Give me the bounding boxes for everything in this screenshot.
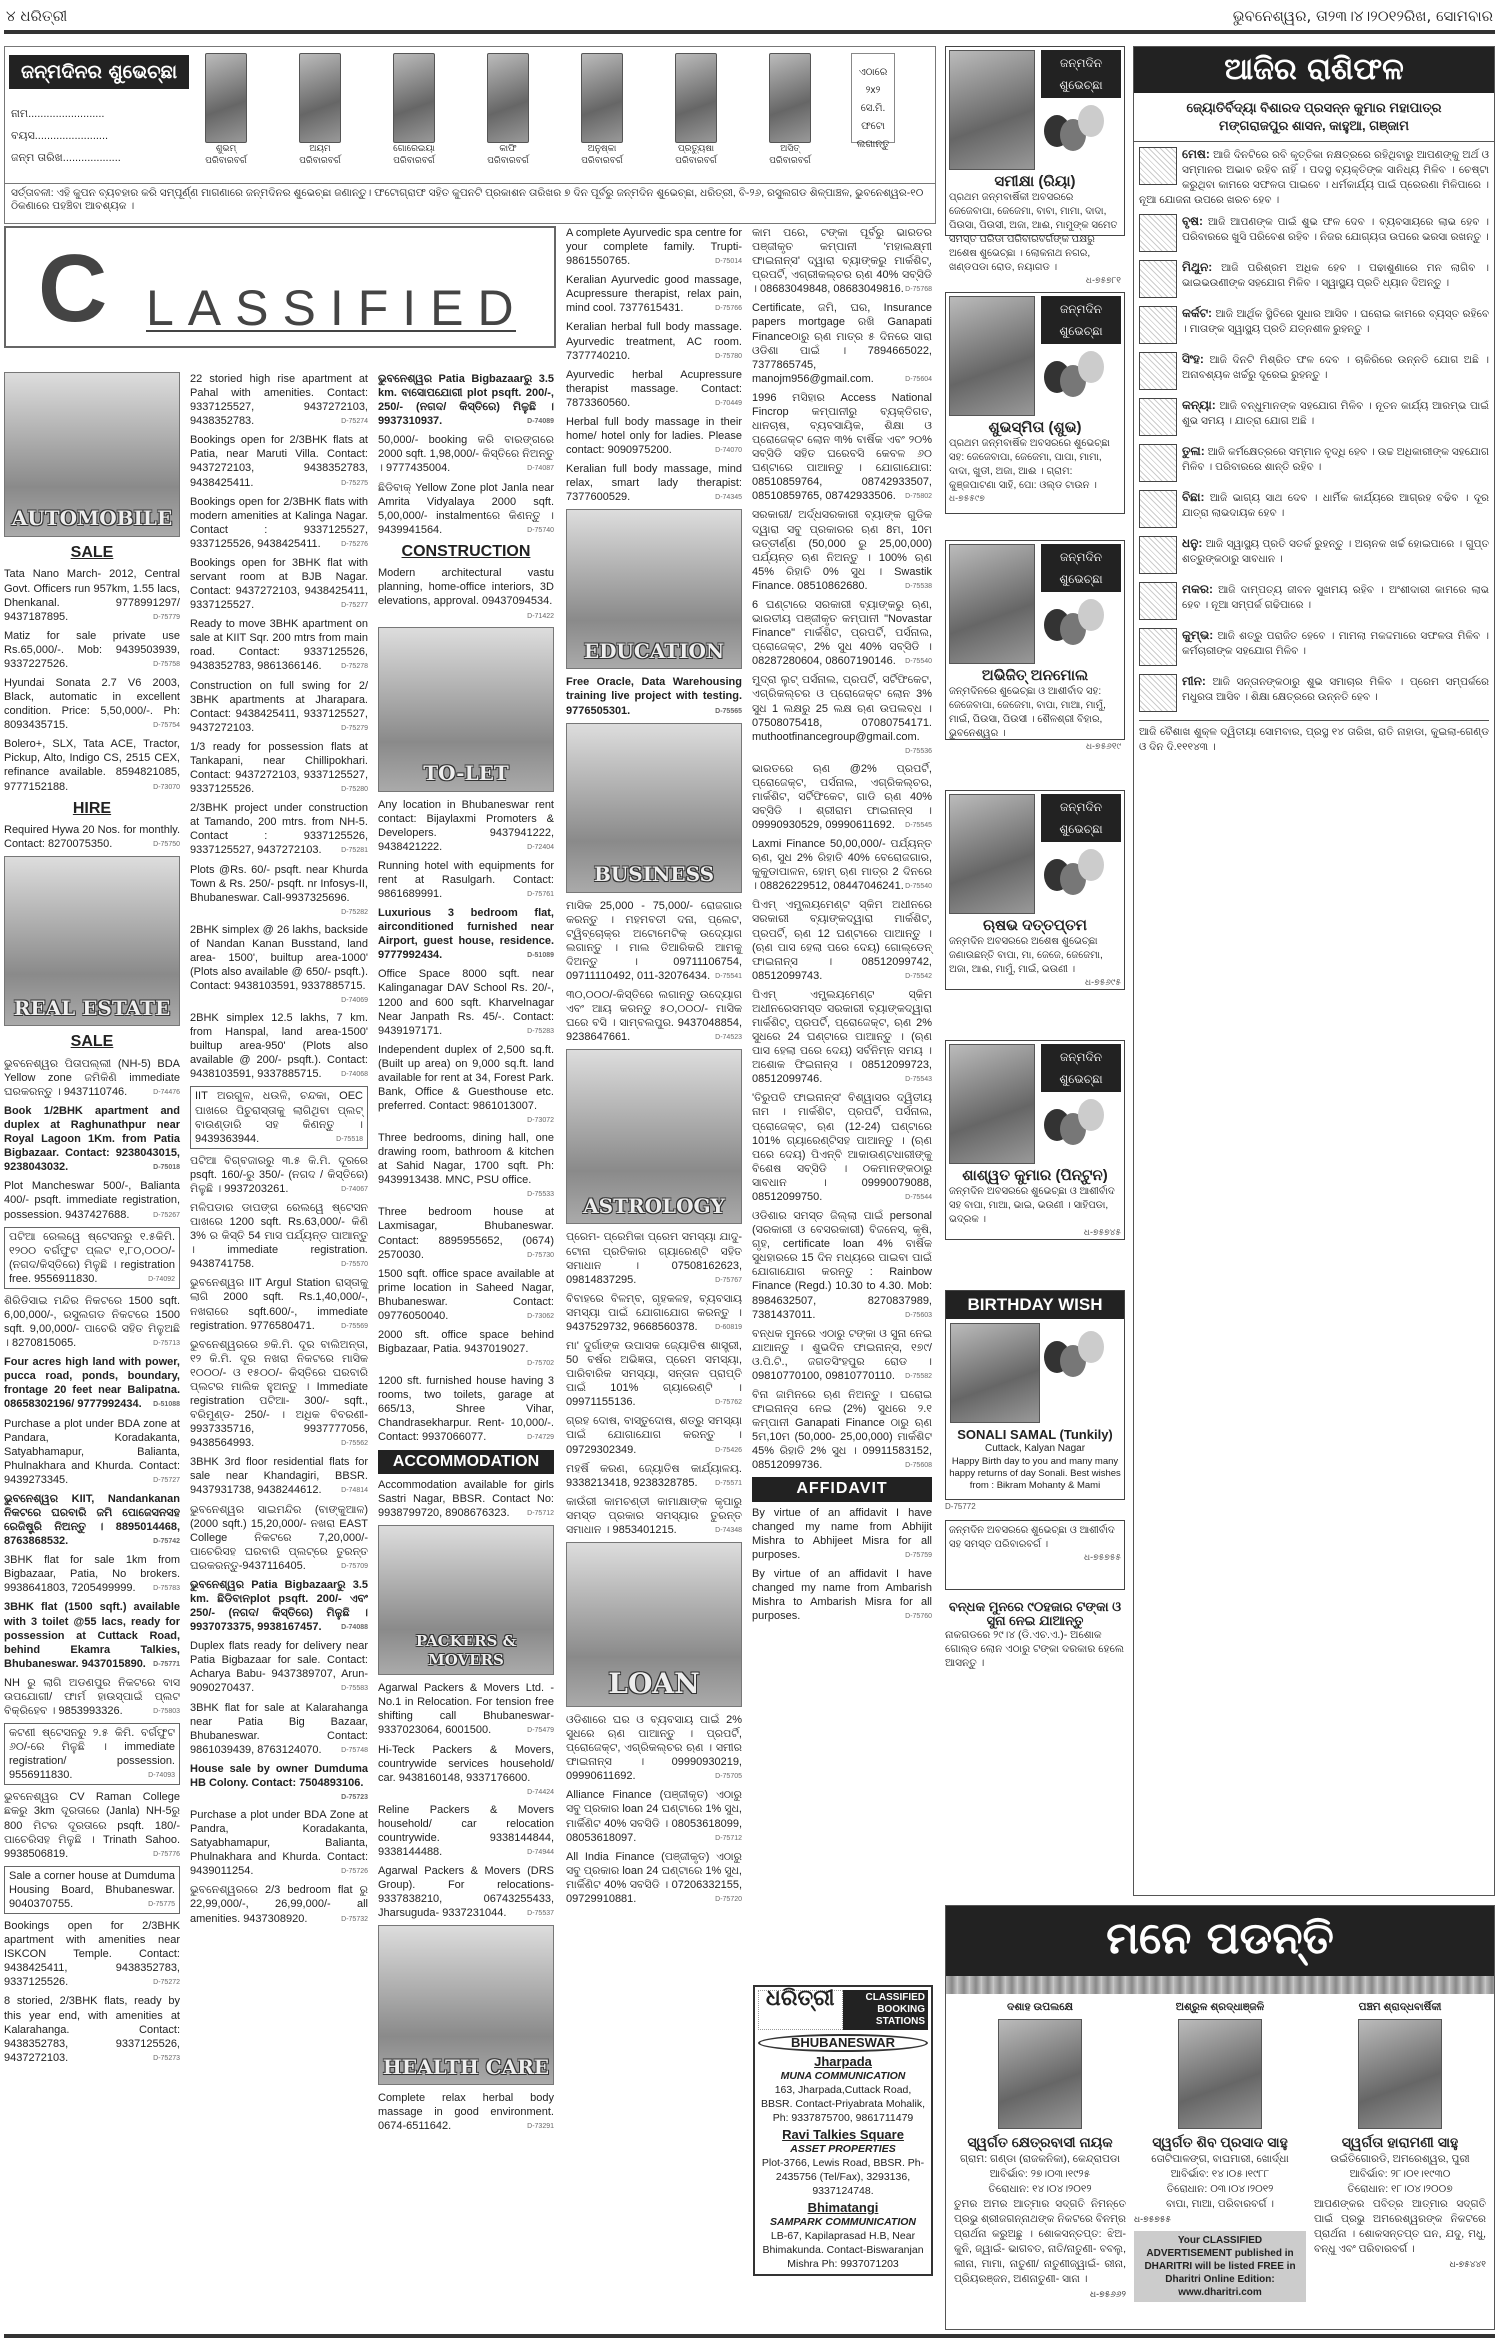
packers-movers-banner: PACKERS & MOVERS bbox=[378, 1525, 554, 1675]
zodiac-sign-icon bbox=[1139, 674, 1177, 712]
classified-ad: Matiz for sale private use Rs.65,000/-. … bbox=[4, 629, 180, 671]
classified-ad: 3BHK flat for sale 1km from Bigbazaar, P… bbox=[4, 1553, 180, 1595]
column-1: AUTOMOBILE SALE Tata Nano March- 2012, C… bbox=[4, 372, 180, 2070]
ad-code: D-51089 bbox=[527, 952, 554, 961]
classified-ad: ୩୦,୦୦୦/-କିସ୍ତିରେ ଲଗାନ୍ତୁ ଉଦ୍ୟୋଗ ଏବଂ ଆୟ କ… bbox=[566, 988, 742, 1044]
classified-ad: Required Hywa 20 Nos. for monthly. Conta… bbox=[4, 823, 180, 851]
classified-ad: Modern architectural vastu planning, hom… bbox=[378, 566, 554, 621]
portrait-photo bbox=[998, 2019, 1082, 2129]
photo-slot: ଏଠାରେ ୨x୨ ସେ.ମି. ଫଟୋ ଲଗାନ୍ତୁ bbox=[851, 53, 895, 143]
ad-code: D-75543 bbox=[905, 1076, 932, 1085]
classified-ad: 3BHK flat (1500 sqft.) available with 3 … bbox=[4, 1600, 180, 1670]
ad-code: D-75018 bbox=[153, 1164, 180, 1173]
classified-ad: ମାସିକ 25,000 - 75,000/- ରୋଜଗାର କରନ୍ତୁ । … bbox=[566, 899, 742, 983]
ad-text: ମା' ଦୁର୍ଗାଙ୍କ ଉପାସକ ଜ୍ୟୋତିଷ ଶାସ୍ତ୍ରୀ, 50… bbox=[566, 1340, 742, 1408]
ad-code: D-75275 bbox=[341, 480, 368, 489]
ad-code: D-75562 bbox=[341, 1440, 368, 1449]
zodiac-sign-icon bbox=[1139, 490, 1177, 528]
ad-text: 2BHK simplex @ 26 lakhs, backside of Nan… bbox=[190, 924, 368, 992]
classified-ad: Bolero+, SLX, Tata ACE, Tractor, Pickup,… bbox=[4, 737, 180, 793]
ad-code: D-74944 bbox=[527, 1849, 554, 1858]
ad-text: ମାସିକ 25,000 - 75,000/- ରୋଜଗାର କରନ୍ତୁ । … bbox=[566, 900, 742, 982]
ad-text: 'ତିରୁପତି ଫାଇନାନ୍ସ' ବିଶ୍ୱାସର ଦ୍ୱିତୀୟ ନାମ … bbox=[752, 1092, 932, 1203]
ad-code: D-75545 bbox=[905, 822, 932, 831]
birthday-wish-card: ଜନ୍ମଦିନ ଶୁଭେଚ୍ଛା ଋଷଭ ଦତ୍ତପ୍ତମ ଜନ୍ମଦିନ ଅବ… bbox=[945, 790, 1125, 990]
ad-code: D-75776 bbox=[153, 1851, 180, 1860]
section-heading: SALE bbox=[4, 543, 180, 563]
classified-ad: ଭୁବନେଶ୍ୱର Patia Bigbazaarରୁ 3.5 km. ବାସୋ… bbox=[378, 372, 554, 428]
ad-text: Purchase a plot under BDA Zone at Pandra… bbox=[190, 1809, 368, 1877]
classified-ad: 3BHK flat for sale at Kalarahanga near P… bbox=[190, 1701, 368, 1757]
classified-ad: ପଟିଆ ବିଗ୍‌ବଜାରରୁ ୩.୫ କି.ମି. ଦୂରରେ psqft.… bbox=[190, 1154, 368, 1196]
classified-ad: ଭୁବନେଶ୍ୱର ସାଇମନ୍ଦିର (ବାଙ୍କୁଆଳ) (2000 sqf… bbox=[190, 1503, 368, 1573]
classified-ad: House sale by owner Dumduma HB Colony. C… bbox=[190, 1762, 368, 1803]
ad-text: House sale by owner Dumduma HB Colony. C… bbox=[190, 1763, 368, 1789]
ad-code: D-75726 bbox=[341, 1868, 368, 1877]
classified-ad: ପଟିଆ ରେଲୱେ ଷ୍ଟେସନରୁ ୧.୫କିମି. ୧୨୦୦ ବର୍ଗଫୁ… bbox=[4, 1227, 180, 1289]
ad-text: 8 storied, 2/3BHK flats, ready by this y… bbox=[4, 1995, 180, 2063]
classified-ad: Plots @Rs. 60/- psqft. near Khurda Town … bbox=[190, 863, 368, 918]
ad-text: ଓଡିଶାର ସମସ୍ତ ଜିଲ୍ଲା ପାଇଁ personal (ସରକାର… bbox=[752, 1210, 932, 1321]
classified-ad: 1200 sft. furnished house having 3 rooms… bbox=[378, 1374, 554, 1444]
ad-code: D-73072 bbox=[527, 1117, 554, 1126]
ad-code: D-75274 bbox=[341, 418, 368, 427]
zodiac-entry: କନ୍ୟା: ଆଜି ବନ୍ଧୁମାନଙ୍କ ସହଯୋଗ ମିଳିବ । ନୂତ… bbox=[1139, 398, 1489, 438]
dateline: ଭୁବନେଶ୍ୱର, ତା୨୩।୪।୨୦୧୨ରିଖ, ସୋମବାର bbox=[1233, 7, 1493, 26]
classified-ad: ପ୍ରେମ- ପ୍ରେମିକା ପ୍ରେମ ସମସ୍ୟା ଯାଦୁ-ଟୋନା ପ… bbox=[566, 1230, 742, 1286]
zodiac-entry: ମକର: ଆଜି ଦାମ୍ପତ୍ୟ ଜୀବନ ସୁଖମୟ ରହିବ । ଅଂଶୀ… bbox=[1139, 582, 1489, 622]
ad-code: D-75281 bbox=[341, 847, 368, 856]
classified-ad: 1/3 ready for possession flats at Tankap… bbox=[190, 740, 368, 796]
ad-code: D-75533 bbox=[527, 1191, 554, 1200]
ad-text: ଭାରତରେ ଋଣ @2% ପ୍ରପର୍ଟି, ପ୍ରୋଜେକ୍ଟ, ପର୍ସନ… bbox=[752, 763, 932, 831]
ad-code: D-60819 bbox=[715, 1324, 742, 1333]
ad-code: D-75754 bbox=[153, 722, 180, 731]
zodiac-sign-icon bbox=[1139, 260, 1177, 298]
section-heading: HIRE bbox=[4, 799, 180, 819]
ad-code: D-75761 bbox=[527, 891, 554, 900]
classified-ad: Keralian full body massage, mind relax, … bbox=[566, 462, 742, 504]
ad-code: D-75768 bbox=[905, 286, 932, 295]
classified-ad: ଓଡିଶାର ସମସ୍ତ ଜିଲ୍ଲା ପାଇଁ personal (ସରକାର… bbox=[752, 1209, 932, 1322]
classified-ad: ଓଡିଶାରେ ଘର ଓ ବ୍ୟବସାୟ ପାଇଁ 2% ସୁଧରେ ଋଣ ପା… bbox=[566, 1713, 742, 1783]
ad-code: D-75583 bbox=[341, 1685, 368, 1694]
zodiac-entry: ସିଂହ: ଆଜି ଦିନଟି ମିଶ୍ରିତ ଫଳ ଦେବ । ଚାକିରିର… bbox=[1139, 352, 1489, 392]
section-heading: SALE bbox=[4, 1032, 180, 1052]
ad-text: 1200 sft. furnished house having 3 rooms… bbox=[378, 1375, 554, 1443]
column-3: ଭୁବନେଶ୍ୱର Patia Bigbazaarରୁ 3.5 km. ବାସୋ… bbox=[378, 372, 554, 2139]
ad-code: D-70449 bbox=[715, 400, 742, 409]
classified-ad: ଭୁବନେଶ୍ୱର KIIT, Nandankanan ନିକଟରେ ଘରବାର… bbox=[4, 1492, 180, 1548]
ad-code: D-74068 bbox=[341, 1071, 368, 1080]
ad-code: D-74345 bbox=[715, 494, 742, 503]
ad-code: D-75762 bbox=[715, 1399, 742, 1408]
child-photo bbox=[949, 544, 1035, 664]
ad-text: Certificate, ଜମି, ଘର, Insurance papers m… bbox=[752, 302, 932, 384]
kid-photo bbox=[581, 53, 623, 143]
ad-text: କାମ ପରେ, ଟଙ୍କା ପୂର୍ବରୁ ଭାରତର ପଞ୍ଜୀକୃତ କମ… bbox=[752, 227, 932, 295]
ad-code: D-75571 bbox=[715, 1480, 742, 1489]
ad-code: D-75518 bbox=[336, 1136, 363, 1145]
classified-ad: Free Oracle, Data Warehousing training l… bbox=[566, 675, 742, 717]
classified-ad: Three bedroom house at Laxmisagar, Bhuba… bbox=[378, 1205, 554, 1261]
coupon-dob-field[interactable]: ଜନ୍ମ ତାରିଖ................... bbox=[11, 147, 191, 169]
ad-code: D-75702 bbox=[527, 1360, 554, 1369]
classified-ad: ମଳିପଡାର ଡାପଙ୍ଗ ରେଲୱେ ଷ୍ଟେସନ ପାଖରେ 1200 s… bbox=[190, 1201, 368, 1271]
classified-ad: Sale a corner house at Dumduma Housing B… bbox=[4, 1866, 180, 1914]
obituary-entry: ଦଶାହ ଉପଲକ୍ଷେ ସ୍ୱର୍ଗତ କ୍ଷେତ୍ରବାସୀ ନାୟକ ଗ୍… bbox=[950, 2000, 1130, 2302]
ad-text: 6 ଘଣ୍ଟାରେ ସରକାରୀ ବ୍ୟାଙ୍କରୁ ଋଣ, ଭାରତୀୟ ପଞ… bbox=[752, 599, 932, 667]
ad-code: D-75479 bbox=[527, 1727, 554, 1736]
balloons-icon bbox=[1044, 1331, 1110, 1391]
ad-code: D-75540 bbox=[905, 883, 932, 892]
birthday-wish-card: ଜନ୍ମଦିନ ଶୁଭେଚ୍ଛା ଶାଶ୍ୱତ କୁମାର (ପିନ୍ଟୁନ) … bbox=[945, 1040, 1125, 1240]
ad-code: D-75426 bbox=[715, 1447, 742, 1456]
ad-text: ଭୁବନେଶ୍ୱରରେ ୭କି.ମି. ଦୂର ବାଲିଅନ୍ତା, ୧୨ କି… bbox=[190, 1339, 368, 1450]
kid-card: ଅୟମପରିବାରବର୍ଗ bbox=[299, 53, 341, 166]
ad-text: Three bedrooms, dining hall, one drawing… bbox=[378, 1132, 554, 1186]
child-photo bbox=[949, 1044, 1035, 1164]
column-5: କାମ ପରେ, ଟଙ୍କା ପୂର୍ବରୁ ଭାରତର ପଞ୍ଜୀକୃତ କମ… bbox=[752, 226, 932, 1629]
zodiac-entry: ବିଛା: ଆଜି ଭାଗ୍ୟ ସାଥ ଦେବ । ଧାର୍ମିକ କାର୍ଯ୍… bbox=[1139, 490, 1489, 530]
coupon-name-field[interactable]: ନାମ......................... bbox=[11, 103, 191, 125]
ad-text: ଓଡିଶାରେ ଘର ଓ ବ୍ୟବସାୟ ପାଇଁ 2% ସୁଧରେ ଋଣ ପା… bbox=[566, 1714, 742, 1782]
classified-ad: Luxurious 3 bedroom flat, airconditioned… bbox=[378, 906, 554, 962]
ad-code: D-75542 bbox=[905, 973, 932, 982]
page-header: ୪ ଧରିତ୍ରୀ ଭୁବନେଶ୍ୱର, ତା୨୩।୪।୨୦୧୨ରିଖ, ସୋମ… bbox=[6, 4, 1493, 26]
city-label: BHUBANESWAR bbox=[758, 2034, 928, 2052]
balloons-icon bbox=[1044, 351, 1110, 411]
ad-text: 1996 ମସିହାର Access National Fincrop କମ୍ପ… bbox=[752, 392, 932, 503]
ad-code: D-74729 bbox=[527, 1434, 554, 1443]
coupon-age-field[interactable]: ବୟସ........................ bbox=[11, 125, 191, 147]
ad-code: D-75540 bbox=[905, 658, 932, 667]
ad-code: D-74067 bbox=[341, 1186, 368, 1195]
classified-ad: 50,000/- booking କରି ବାରଙ୍ଗରେ 2000 sqft.… bbox=[378, 433, 554, 475]
zodiac-sign-icon bbox=[1139, 306, 1177, 344]
classified-ad: Independent duplex of 2,500 sq.ft. (Buil… bbox=[378, 1043, 554, 1126]
ad-code: D-74424 bbox=[527, 1789, 554, 1798]
classified-ad: Office Space 8000 sqft. near Kalinganaga… bbox=[378, 967, 554, 1037]
balloons-icon bbox=[1044, 849, 1110, 909]
header-rule bbox=[4, 30, 1495, 34]
child-photo bbox=[949, 50, 1035, 170]
classified-ad: ଭୁବନେଶ୍ୱର ପିତାପଲ୍ଲୀ (NH-5) BDA Yellow zo… bbox=[4, 1057, 180, 1099]
classified-ad: Herbal full body massage in their home/ … bbox=[566, 415, 742, 457]
ad-text: ମଳିପଡାର ଡାପଙ୍ଗ ରେଲୱେ ଷ୍ଟେସନ ପାଖରେ 1200 s… bbox=[190, 1202, 368, 1270]
classified-ad: By virtue of an affidavit I have changed… bbox=[752, 1506, 932, 1562]
real-estate-banner: REAL ESTATE bbox=[4, 856, 180, 1026]
kid-photo bbox=[675, 53, 717, 143]
ad-text: ଭୁବନେଶ୍ୱର CV Raman College ଛକରୁ 3km ଦୂରତ… bbox=[4, 1791, 180, 1859]
ad-code: D-73062 bbox=[527, 1313, 554, 1322]
health-care-banner: HEALTH CARE bbox=[378, 1925, 554, 2085]
ad-code: D-73070 bbox=[153, 784, 180, 793]
classified-ad: ଶିରିଡିସାଇ ମନ୍ଦିର ନିକଟରେ 1500 sqft. 6,00,… bbox=[4, 1294, 180, 1350]
ad-code: D-71422 bbox=[527, 613, 554, 622]
ad-code: D-75014 bbox=[715, 258, 742, 267]
ad-code: D-75283 bbox=[527, 1028, 554, 1037]
portrait-photo bbox=[1178, 2019, 1262, 2129]
ad-text: Purchase a plot under BDA zone at Pandar… bbox=[4, 1418, 180, 1486]
birthday-coupon: ଜନ୍ମଦିନର ଶୁଭେଚ୍ଛା ନାମ...................… bbox=[4, 46, 936, 224]
ad-code: D-75608 bbox=[905, 1462, 932, 1471]
classified-ad: କଟଣୀ ଷ୍ଟେସନରୁ ୨.୫ କିମି. ବର୍ଗଫୁଟ ୬୦/-ରେ ମ… bbox=[4, 1723, 180, 1785]
classified-ad: Purchase a plot under BDA Zone at Pandra… bbox=[190, 1808, 368, 1878]
ad-code: D-74092 bbox=[148, 1276, 175, 1285]
ad-text: ବିନା ଜାମିନରେ ଋଣ ନିଅନ୍ତୁ । ଘରୋଇ ଫାଇନାନ୍ସ … bbox=[752, 1389, 932, 1471]
ad-code: D-75758 bbox=[153, 661, 180, 670]
wish-notice: ଜନ୍ମଦିନ ଅବସରରେ ଶୁଭେଚ୍ଛା ଓ ଆଶୀର୍ବାଦ ସହ ସମ… bbox=[945, 1520, 1125, 1590]
ad-code: D-74087 bbox=[527, 465, 554, 474]
kid-card: ଅସିତ୍ପରିବାରବର୍ଗ bbox=[769, 53, 811, 166]
classified-ad: ମୁଦ୍ରା ଲୁଟ୍ ପର୍ସନାଲ, ପ୍ରପର୍ଟି, ସର୍ଟିଫିକେ… bbox=[752, 673, 932, 756]
ad-text: Independent duplex of 2,500 sq.ft. (Buil… bbox=[378, 1044, 554, 1112]
ad-code: D-75569 bbox=[341, 1323, 368, 1332]
section-heading: AFFIDAVIT bbox=[752, 1477, 932, 1501]
ad-code: D-75582 bbox=[905, 1373, 932, 1382]
ad-code: D-75723 bbox=[341, 1794, 368, 1803]
english-birthday-wish: BIRTHDAY WISH SONALI SAMAL (Tunkily) Cut… bbox=[945, 1290, 1125, 1500]
ad-text: 2BHK simplex 12.5 lakhs, 7 km. from Hans… bbox=[190, 1012, 368, 1080]
portrait-photo bbox=[1358, 2019, 1442, 2129]
classified-ad: 22 storied high rise apartment at Pahal … bbox=[190, 372, 368, 428]
ad-code: D-75604 bbox=[905, 376, 932, 385]
zodiac-sign-icon bbox=[1139, 582, 1177, 620]
classified-ad: Ayurvedic herbal Acupressure therapist m… bbox=[566, 368, 742, 410]
classified-ad: Laxmi Finance 50,00,000/- ପର୍ଯ୍ୟନ୍ତ ଋଣ, … bbox=[752, 837, 932, 893]
zodiac-entry: ମିଥୁନ: ଆଜି ପରିଶ୍ରମ ଅଧିକ ହେବ । ପଢାଶୁଣାରେ … bbox=[1139, 260, 1489, 300]
ad-code: D-75570 bbox=[341, 1261, 368, 1270]
classified-ad: Tata Nano March- 2012, Central Govt. Off… bbox=[4, 567, 180, 623]
zodiac-entry: ବୃଷ: ଆଜି ଆପଣଙ୍କ ପାଇଁ ଶୁଭ ଫଳ ଦେବ । ବ୍ୟବସା… bbox=[1139, 214, 1489, 254]
zodiac-sign-icon bbox=[1139, 147, 1177, 185]
column-2: 22 storied high rise apartment at Pahal … bbox=[190, 372, 368, 1931]
birthday-wish-card: ଜନ୍ମଦିନ ଶୁଭେଚ୍ଛା ଅଭିଜିତ୍ ଅନମୋଲ ଜନ୍ମଦିନରେ… bbox=[945, 540, 1125, 740]
ad-code: D-74348 bbox=[715, 1527, 742, 1536]
classified-ad: 'ତିରୁପତି ଫାଇନାନ୍ସ' ବିଶ୍ୱାସର ଦ୍ୱିତୀୟ ନାମ … bbox=[752, 1091, 932, 1204]
ad-code: D-74089 bbox=[527, 418, 554, 427]
classified-ad: ଛିଡିବାକ୍ Yellow Zone plot Janla near Amr… bbox=[378, 481, 554, 537]
classified-ad: 2000 sft. office space behind Bigbazaar,… bbox=[378, 1328, 554, 1369]
dharitri-logo: ଧରିତ୍ରୀ bbox=[758, 1990, 843, 2030]
person-photo bbox=[950, 1323, 1040, 1423]
classified-ad: 6 ଘଣ୍ଟାରେ ସରକାରୀ ବ୍ୟାଙ୍କରୁ ଋଣ, ଭାରତୀୟ ପଞ… bbox=[752, 598, 932, 668]
page-number-masthead: ୪ ଧରିତ୍ରୀ bbox=[6, 7, 67, 26]
ad-code: D-75766 bbox=[715, 305, 742, 314]
zodiac-sign-icon bbox=[1139, 214, 1177, 252]
ad-code: D-75803 bbox=[153, 1708, 180, 1717]
ad-text: Book 1/2BHK apartment and duplex at Ragh… bbox=[4, 1105, 180, 1173]
ad-code: D-74476 bbox=[153, 1089, 180, 1098]
obituary-section: ମନେ ପଡନ୍ତି ଦଶାହ ଉପଲକ୍ଷେ ସ୍ୱର୍ଗତ କ୍ଷେତ୍ରବ… bbox=[945, 1905, 1495, 2330]
ad-code: D-75603 bbox=[905, 1312, 932, 1321]
classified-ad: ଭୁବନେଶ୍ୱର CV Raman College ଛକରୁ 3km ଦୂରତ… bbox=[4, 1790, 180, 1860]
classified-ad: Certificate, ଜମି, ଘର, Insurance papers m… bbox=[752, 301, 932, 385]
kid-photo bbox=[487, 53, 529, 143]
ad-code: D-74523 bbox=[715, 1034, 742, 1043]
ad-code: D-74069 bbox=[341, 997, 368, 1006]
classified-ad: Ready to move 3BHK apartment on sale at … bbox=[190, 617, 368, 673]
ad-text: 2000 sft. office space behind Bigbazaar,… bbox=[378, 1329, 554, 1355]
obituary-entry: ଅଶ୍ରୁଳ ଶ୍ରଦ୍ଧାଞ୍ଜଳି ସ୍ୱର୍ଗତ ଶିବ ପ୍ରସାଦ ସ… bbox=[1130, 2000, 1310, 2302]
business-banner: BUSINESS bbox=[566, 723, 742, 893]
classified-ad: NH ରୁ ଲାଗି ଅଡଣପୁର ନିକଟରେ ବାସ ଉପଯୋଗୀ/ ଫାର… bbox=[4, 1676, 180, 1718]
classified-ad: Keralian herbal full body massage. Ayurv… bbox=[566, 320, 742, 362]
classified-ad: ଭୁବନେଶ୍ୱରରେ 2/3 bedroom flat ରୁ 22,99,00… bbox=[190, 1883, 368, 1925]
classified-ad: 2BHK simplex @ 26 lakhs, backside of Nan… bbox=[190, 923, 368, 1006]
ad-code: D-75272 bbox=[153, 1979, 180, 1988]
footer-rule bbox=[4, 2334, 1495, 2338]
classified-ad: Agarwal Packers & Movers Ltd. - No.1 in … bbox=[378, 1681, 554, 1737]
ad-code: D-75750 bbox=[153, 841, 180, 850]
classified-logo: C LASSIFIED bbox=[4, 226, 556, 348]
obituary-title: ମନେ ପଡନ୍ତି bbox=[946, 1906, 1494, 1976]
zodiac-entry: କର୍କଟ: ଆଜି ଆର୍ଥିକ ସ୍ଥିତିରେ ସୁଧାର ଆସିବ । … bbox=[1139, 306, 1489, 346]
horoscope-panel: ଆଜିର ରାଶିଫଳ ଜ୍ୟୋତିର୍ବିଦ୍ୟା ବିଶାରଦ ପ୍ରସନ୍… bbox=[1133, 46, 1495, 1896]
classified-ad: Accommodation available for girls Sastri… bbox=[378, 1478, 554, 1520]
ad-code: D-75727 bbox=[153, 1477, 180, 1486]
kid-card: କାଫିପରିବାରବର୍ଗ bbox=[487, 53, 529, 166]
kid-card: ପ୍ରତ୍ୟୁଷାପରିବାରବର୍ଗ bbox=[675, 53, 717, 166]
ad-code: D-75538 bbox=[905, 583, 932, 592]
ad-code: D-75541 bbox=[715, 973, 742, 982]
classified-ad: All India Finance (ପଞ୍ଜୀକୃତ) ଏଠାରୁ ସବୁ ପ… bbox=[566, 1850, 742, 1906]
ad-code: D-75802 bbox=[905, 493, 932, 502]
classified-ad: Four acres high land with power, pucca r… bbox=[4, 1355, 180, 1411]
ad-code: D-75748 bbox=[341, 1747, 368, 1756]
ad-code: D-75565 bbox=[715, 708, 742, 717]
classified-ad: 2/3BHK project under construction at Tam… bbox=[190, 801, 368, 857]
ad-code: D-75771 bbox=[153, 1661, 180, 1670]
booking-stations-box: ଧରିତ୍ରୀCLASSIFIED BOOKING STATIONS BHUBA… bbox=[753, 1985, 933, 2276]
flower-border bbox=[946, 1976, 1494, 1994]
classified-ad: Three bedrooms, dining hall, one drawing… bbox=[378, 1131, 554, 1200]
ad-code: D-75282 bbox=[341, 909, 368, 918]
ad-code: D-75740 bbox=[527, 527, 554, 536]
ad-text: ମୁଦ୍ରା ଲୁଟ୍ ପର୍ସନାଲ, ପ୍ରପର୍ଟି, ସର୍ଟିଫିକେ… bbox=[752, 674, 932, 742]
ad-code: D-75705 bbox=[715, 1773, 742, 1782]
zodiac-entry: ମେଷ: ଆଜି ଦିନଟିରେ ରବି କୃତ୍ତିକା ନକ୍ଷତ୍ରରେ … bbox=[1139, 147, 1489, 208]
kid-card: ଅନୁଷ୍କାପରିବାରବର୍ଗ bbox=[581, 53, 623, 166]
classified-ad: ଭୁବନେଶ୍ୱର IIT Argul Station ରାସ୍ତାକୁ ଲାଗ… bbox=[190, 1276, 368, 1332]
ad-code: D-75742 bbox=[153, 1538, 180, 1547]
ad-code: D-75544 bbox=[905, 1194, 932, 1203]
child-photo bbox=[949, 296, 1035, 416]
loan-banner: LOAN bbox=[566, 1542, 742, 1707]
ad-text: ପିଏମ୍ ଏମ୍ପ୍ଲୟମେଣ୍ଟ ସ୍କିମ ଅଧୀନରେସମସ୍ତ ସରକ… bbox=[752, 989, 932, 1085]
zodiac-entry: କୁମ୍ଭ: ଆଜି ଶତ୍ରୁ ପରାଜିତ ହେବେ । ମାମଲା ମକଦ… bbox=[1139, 628, 1489, 668]
ad-code: D-74814 bbox=[341, 1487, 368, 1496]
zodiac-sign-icon bbox=[1139, 444, 1177, 482]
classified-ad: Bookings open for 3BHK flat with servant… bbox=[190, 556, 368, 612]
astrology-banner: ASTROLOGY bbox=[566, 1049, 742, 1224]
kid-photo bbox=[393, 53, 435, 143]
classified-ad: Plot Mancheswar 500/-, Balianta 400/- ps… bbox=[4, 1179, 180, 1221]
ad-text: ପିଏମ୍ ଏମ୍ପ୍ଲୟମେଣ୍ଟ ସ୍କିମ ଅଧୀନରେ ସରକାରୀ ବ… bbox=[752, 899, 932, 981]
ad-code: D-75760 bbox=[905, 1613, 932, 1622]
zodiac-entry: ଧନୁ: ଆଜି ସ୍ୱାସ୍ଥ୍ୟ ପ୍ରତି ସତର୍କ ରୁହନ୍ତୁ ।… bbox=[1139, 536, 1489, 576]
ad-code: D-51088 bbox=[153, 1401, 180, 1410]
ad-code: D-74088 bbox=[341, 1624, 368, 1633]
classified-ad: Keralian Ayurvedic good massage, Acupres… bbox=[566, 273, 742, 315]
ad-code: D-74070 bbox=[715, 447, 742, 456]
ad-code: D-75273 bbox=[153, 2055, 180, 2064]
to-let-banner: TO-LET bbox=[378, 627, 554, 792]
classified-ad: By virtue of an affidavit I have changed… bbox=[752, 1567, 932, 1623]
ad-text: ଭୁବନେଶ୍ୱର ସାଇମନ୍ଦିର (ବାଙ୍କୁଆଳ) (2000 sqf… bbox=[190, 1504, 368, 1572]
zodiac-sign-icon bbox=[1139, 536, 1177, 574]
zodiac-entry: ମୀନ: ଆଜି ସନ୍ତାନଙ୍କଠାରୁ ଶୁଭ ସମାଚାର ମିଳିବ … bbox=[1139, 674, 1489, 714]
ad-code: D-75280 bbox=[341, 786, 368, 795]
classified-ad: ସରକାରୀ/ ଅର୍ଦ୍ଧସରକାରୀ ବ୍ୟାଙ୍କ ଗୁଡିକ ଦ୍ୱାର… bbox=[752, 508, 932, 592]
classified-ad: ପିଏମ୍ ଏମ୍ପ୍ଲୟମେଣ୍ଟ ସ୍କିମ ଅଧୀନରେ ସରକାରୀ ବ… bbox=[752, 898, 932, 982]
ad-code: D-75279 bbox=[341, 725, 368, 734]
obituary-entry: ପଞ୍ଚମ ଶ୍ରାଦ୍ଧବାର୍ଷିକୀ ସ୍ୱର୍ଗତା ହାରାମଣୀ ସ… bbox=[1310, 2000, 1490, 2302]
ad-code: D-75732 bbox=[341, 1916, 368, 1925]
section-heading: ACCOMMODATION bbox=[378, 1450, 554, 1474]
classified-ad: Bookings open for 2/3BHK apartment with … bbox=[4, 1919, 180, 1989]
ad-code: D-75767 bbox=[715, 1277, 742, 1286]
coupon-terms: ସର୍ତ୍ତାବଳୀ: ଏହି କୁପନ ବ୍ୟବହାର କରି ସମ୍ପୂର୍… bbox=[5, 183, 935, 223]
kid-card: ଗୋରେଇୟାପରିବାରବର୍ଗ bbox=[393, 53, 435, 166]
classified-ad: ଗ୍ରହ ଦୋଷ, ବାସ୍ତୁଦୋଷ, ଶତ୍ରୁ ସମସ୍ୟା ପାଇଁ ଯ… bbox=[566, 1414, 742, 1456]
ad-code: D-75779 bbox=[153, 614, 180, 623]
classified-ad: ଭୁବନେଶ୍ୱର Patia Bigbazaarରୁ 3.5 km. ଛିଡି… bbox=[190, 1578, 368, 1634]
classified-ad: Bookings open for 2/3BHK flats at Patia,… bbox=[190, 433, 368, 489]
gold-loan-ad: ବନ୍ଧକ ମୁନରେ ୯୦ହଜାର ଟଙ୍କା ଓ ସୁନା ନେଇ ଯାଆନ… bbox=[945, 1600, 1125, 1670]
ad-code: D-75536 bbox=[905, 748, 932, 757]
ad-code: D-75783 bbox=[153, 1585, 180, 1594]
classified-ad: କାଉଁରୀ କାମଚଣ୍ଡୀ କାମାକ୍ଷାଙ୍କ କୃପାରୁ ସମସ୍ତ… bbox=[566, 1495, 742, 1537]
classified-ad: 8 storied, 2/3BHK flats, ready by this y… bbox=[4, 1994, 180, 2064]
ad-text: Office Space 8000 sqft. near Kalinganaga… bbox=[378, 968, 554, 1036]
classified-ad: 1996 ମସିହାର Access National Fincrop କମ୍ପ… bbox=[752, 391, 932, 504]
ad-code: D-75759 bbox=[905, 1552, 932, 1561]
ad-code: D-75537 bbox=[527, 1910, 554, 1919]
classified-ad: ବିବାହରେ ବିଳମ୍ବ, ଗୃହକଳହ, ବ୍ୟବସାୟ ସମସ୍ୟା ପ… bbox=[566, 1292, 742, 1334]
classified-ad: Reline Packers & Movers household/ car r… bbox=[378, 1803, 554, 1859]
ad-code: D-72404 bbox=[527, 844, 554, 853]
kid-photo bbox=[299, 53, 341, 143]
ad-code: D-75278 bbox=[341, 663, 368, 672]
ad-code: D-75712 bbox=[715, 1835, 742, 1844]
zodiac-sign-icon bbox=[1139, 352, 1177, 390]
classified-ad: Duplex flats ready for delivery near Pat… bbox=[190, 1639, 368, 1695]
ad-code: D-75276 bbox=[341, 541, 368, 550]
free-online-listing-note: Your CLASSIFIED ADVERTISEMENT published … bbox=[1134, 2231, 1306, 2302]
coupon-title: ଜନ୍ମଦିନର ଶୁଭେଚ୍ଛା bbox=[9, 55, 189, 89]
classified-ad: କାମ ପରେ, ଟଙ୍କା ପୂର୍ବରୁ ଭାରତର ପଞ୍ଜୀକୃତ କମ… bbox=[752, 226, 932, 296]
automobile-banner: AUTOMOBILE bbox=[4, 372, 180, 537]
ad-code: D-73291 bbox=[527, 2123, 554, 2132]
classified-ad: Any location in Bhubaneswar rent contact… bbox=[378, 798, 554, 854]
education-banner: EDUCATION bbox=[566, 509, 742, 669]
balloons-icon bbox=[1044, 599, 1110, 659]
ad-text: Plots @Rs. 60/- psqft. near Khurda Town … bbox=[190, 864, 368, 904]
ad-code: D-75780 bbox=[715, 353, 742, 362]
ad-code: D-75730 bbox=[527, 1252, 554, 1261]
horoscope-title: ଆଜିର ରାଶିଫଳ bbox=[1134, 47, 1494, 93]
ad-code: D-75709 bbox=[341, 1563, 368, 1572]
ad-code: D-75712 bbox=[527, 1510, 554, 1519]
classified-ad: Bookings open for 2/3BHK flats with mode… bbox=[190, 495, 368, 551]
classified-ad: Alliance Finance (ପଞ୍ଜୀକୃତ) ଏଠାରୁ ସବୁ ପ୍… bbox=[566, 1788, 742, 1844]
balloons-icon bbox=[1044, 1099, 1110, 1159]
classified-ad: Construction on full swing for 2/ 3BHK a… bbox=[190, 679, 368, 735]
classified-ad: ବିନା ଜାମିନରେ ଋଣ ନିଅନ୍ତୁ । ଘରୋଇ ଫାଇନାନ୍ସ … bbox=[752, 1388, 932, 1472]
classified-ad: 2BHK simplex 12.5 lakhs, 7 km. from Hans… bbox=[190, 1011, 368, 1081]
